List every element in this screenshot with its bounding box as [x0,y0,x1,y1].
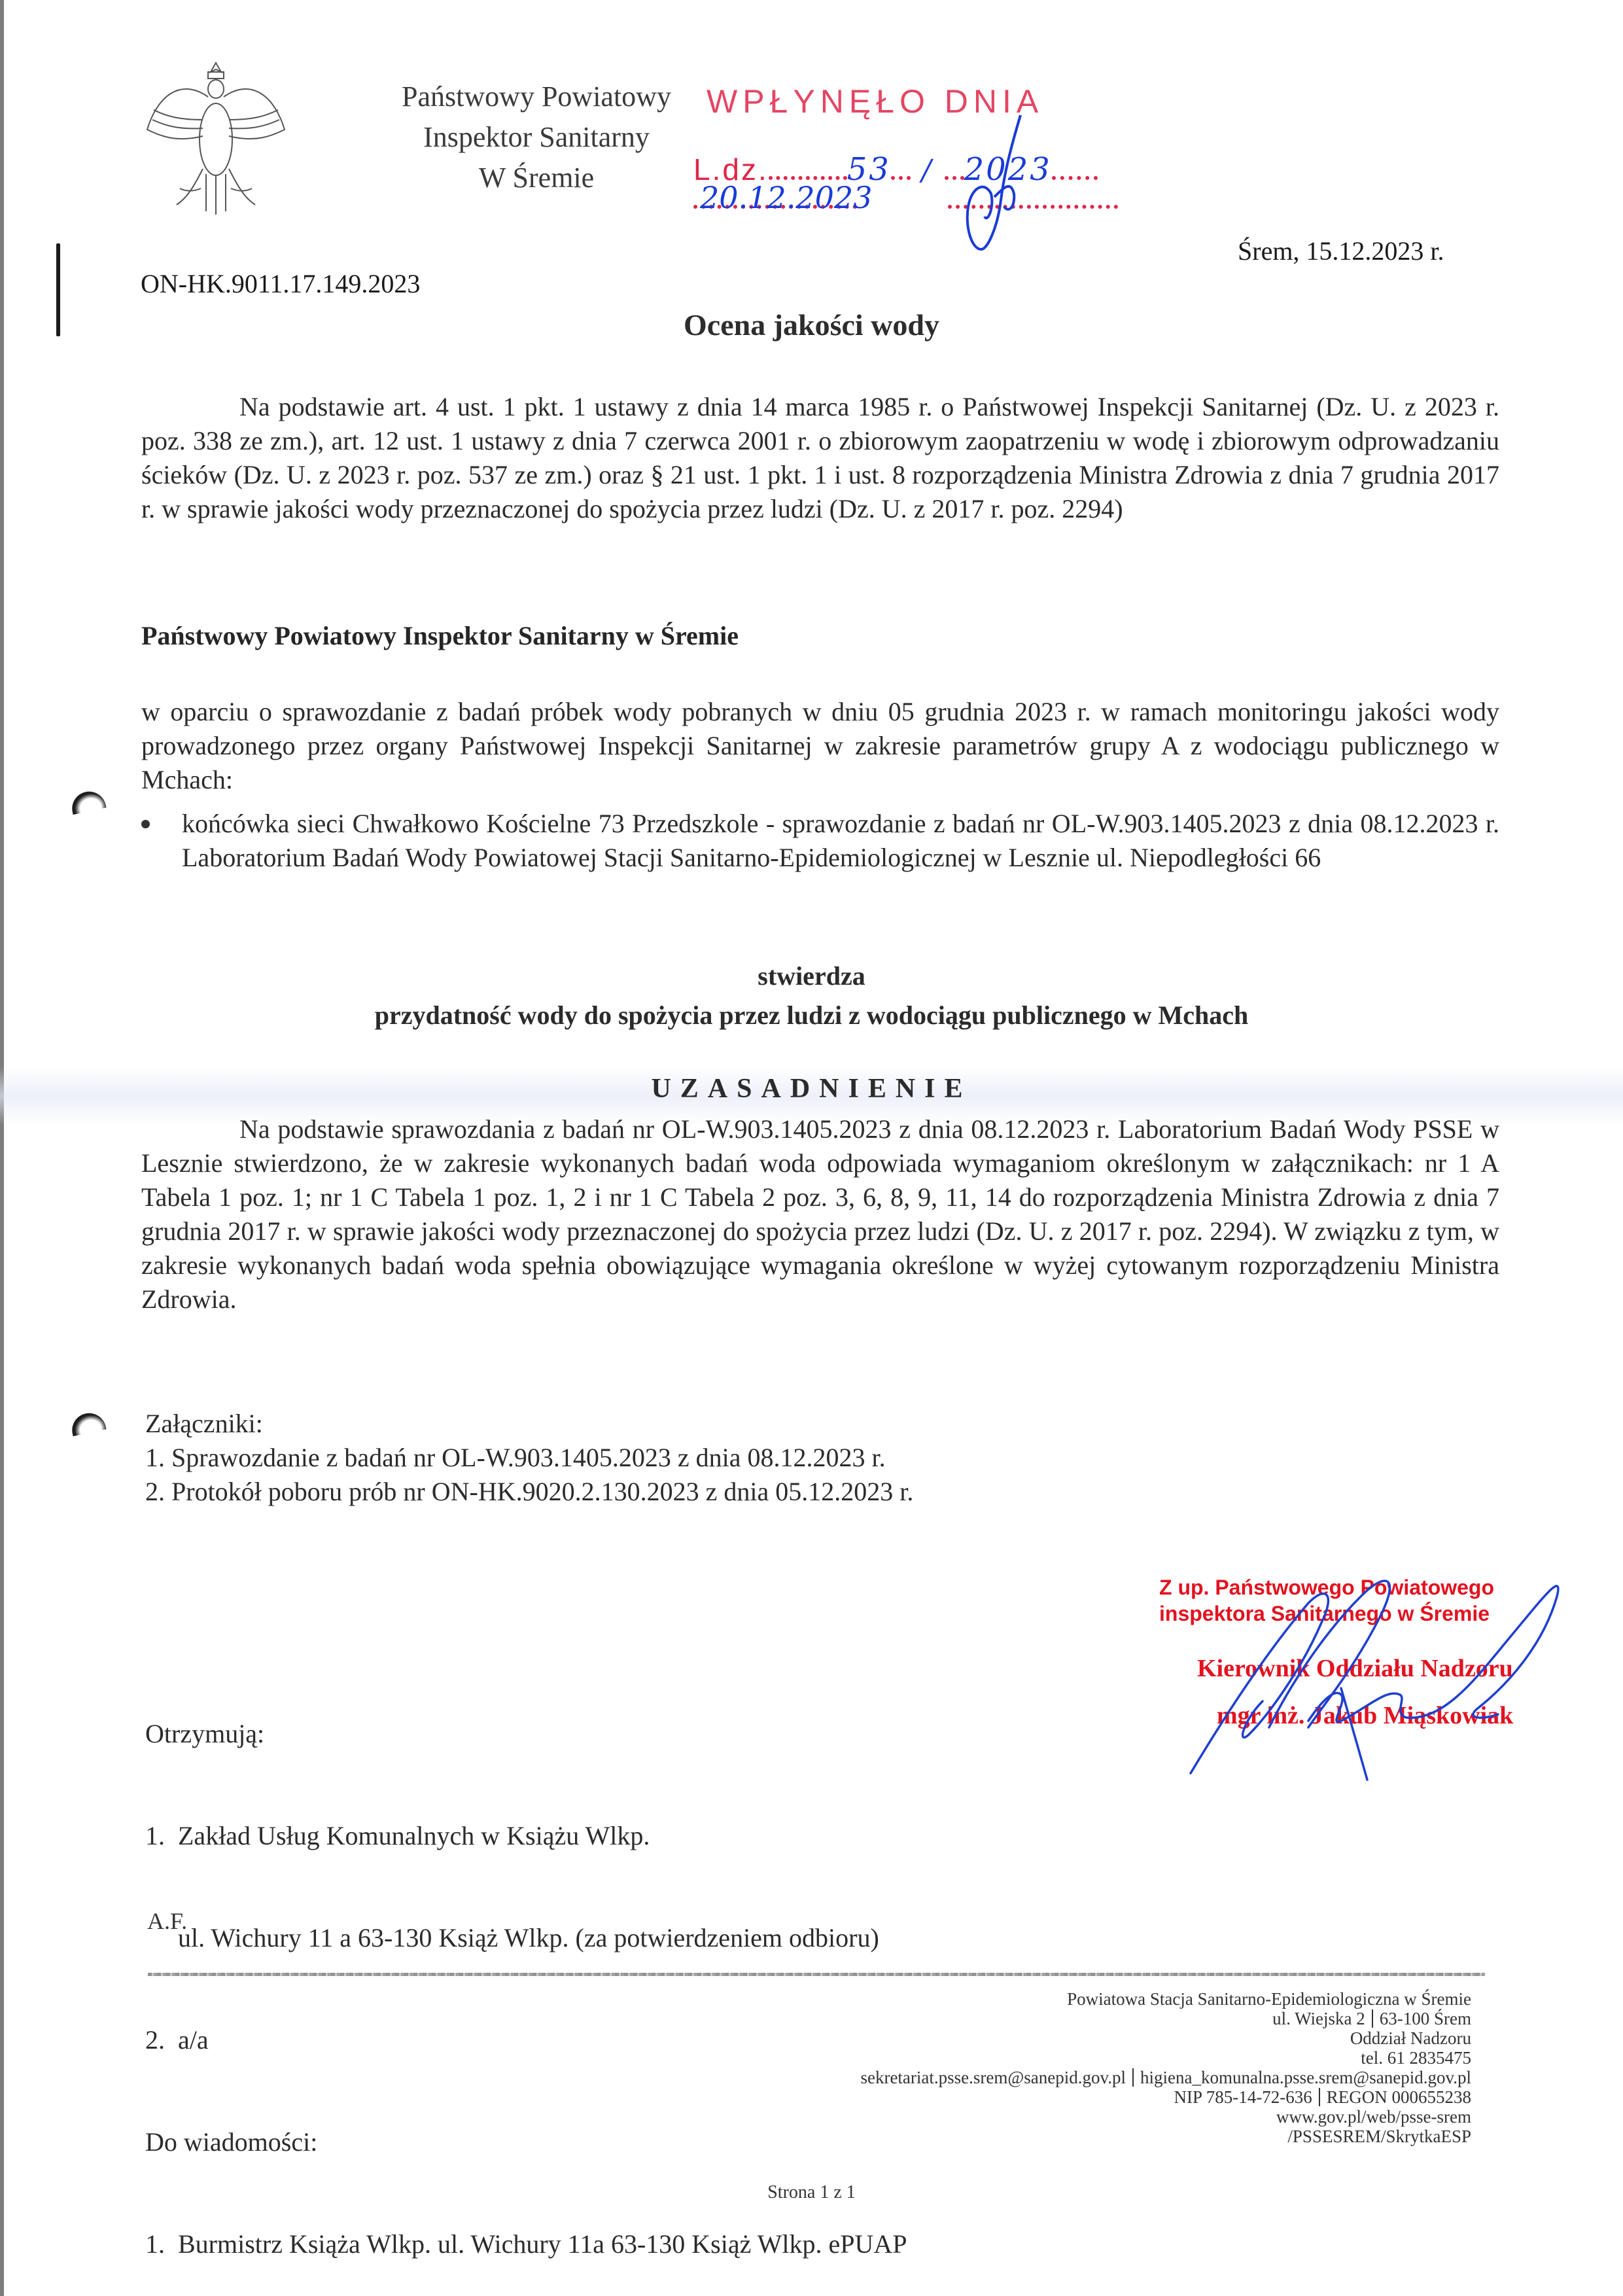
footer-emails: sekretariat.psse.srem@sanepid.gov.plhigi… [860,2068,1471,2087]
sample-point-item: końcówka sieci Chwałkowo Kościelne 73 Pr… [182,807,1499,875]
attachments-label: Załączniki: [145,1407,913,1441]
attachment-item: 1. Sprawozdanie z badań nr OL-W.903.1405… [145,1441,913,1475]
recipient-item: 2. a/a [145,2023,907,2057]
page-number: Strona 1 z 1 [0,2182,1623,2203]
author-initials: A.F. [147,1907,187,1935]
cc-label: Do wiadomości: [145,2125,907,2159]
basis-report-paragraph: w oparciu o sprawozdanie z badań próbek … [141,695,1499,797]
punch-hole-mark [69,788,106,815]
legal-basis-paragraph: Na podstawie art. 4 ust. 1 pkt. 1 ustawy… [141,390,1499,526]
decision-verb: stwierdza [0,961,1623,991]
footer-phone: tel. 61 2835475 [860,2048,1471,2068]
footer-org: Powiatowa Stacja Sanitarno-Epidemiologic… [860,1989,1471,2009]
footer-contact: Powiatowa Stacja Sanitarno-Epidemiologic… [860,1989,1471,2146]
sample-point-list: końcówka sieci Chwałkowo Kościelne 73 Pr… [141,807,1499,875]
handwritten-initials-icon [949,109,1040,259]
footer-department: Oddział Nadzoru [860,2028,1471,2048]
punch-hole-mark [69,1410,106,1436]
received-date: 20.12.2023 [700,180,872,215]
attachment-item: 2. Protokół poboru prób nr ON-HK.9020.2.… [145,1475,913,1509]
footer-esp: /PSSESREM/SkrytkaESP [860,2127,1471,2146]
footer-email-link[interactable]: higiena_komunalna.psse.srem@sanepid.gov.… [1140,2068,1471,2087]
issuer-heading: Państwowy Powiatowy Inspektor Sanitarny … [141,620,739,651]
authority-line: W Śremie [366,164,707,192]
attachments-list: Załączniki: 1. Sprawozdanie z badań nr O… [145,1407,913,1509]
incoming-stamp: WPŁYNĘŁO DNIA L.dz.53 / 2023 20.12.2023 [693,82,1125,259]
reference-number: ON-HK.9011.17.149.2023 [141,268,420,299]
place-date: Śrem, 15.12.2023 r. [1238,236,1444,266]
scan-edge-shadow [0,0,4,2296]
justification-heading: UZASADNIENIE [0,1073,1623,1104]
handwritten-signature-icon [1171,1557,1590,1793]
cc-item: 1. Burmistrz Książa Wlkp. ul. Wichury 11… [145,2227,907,2261]
recipient-item: ul. Wichury 11 a 63-130 Książ Wlkp. (za … [145,1921,907,1955]
polish-eagle-emblem-icon [141,58,291,218]
recipient-item: 1. Zakład Usług Komunalnych w Książu Wlk… [145,1819,907,1853]
justification-paragraph: Na podstawie sprawozdania z badań nr OL-… [141,1112,1499,1316]
footer-website-link[interactable]: www.gov.pl/web/psse-srem [860,2107,1471,2127]
footer-ids: NIP 785-14-72-636REGON 000655238 [860,2087,1471,2107]
authority-line: Inspektor Sanitarny [366,123,707,152]
document-title: Ocena jakości wody [0,308,1623,342]
bullet-icon [141,820,150,828]
authority-line: Państwowy Powiatowy [366,82,707,111]
recipients-label: Otrzymują: [145,1717,907,1751]
footer-divider [148,1973,1485,1976]
received-date-line: 20.12.2023 [693,200,1118,212]
decision-statement: przydatność wody do spożycia przez ludzi… [0,1000,1623,1031]
footer-email-link[interactable]: sekretariat.psse.srem@sanepid.gov.pl [860,2068,1126,2087]
footer-address: ul. Wiejska 263-100 Śrem [860,2009,1471,2028]
